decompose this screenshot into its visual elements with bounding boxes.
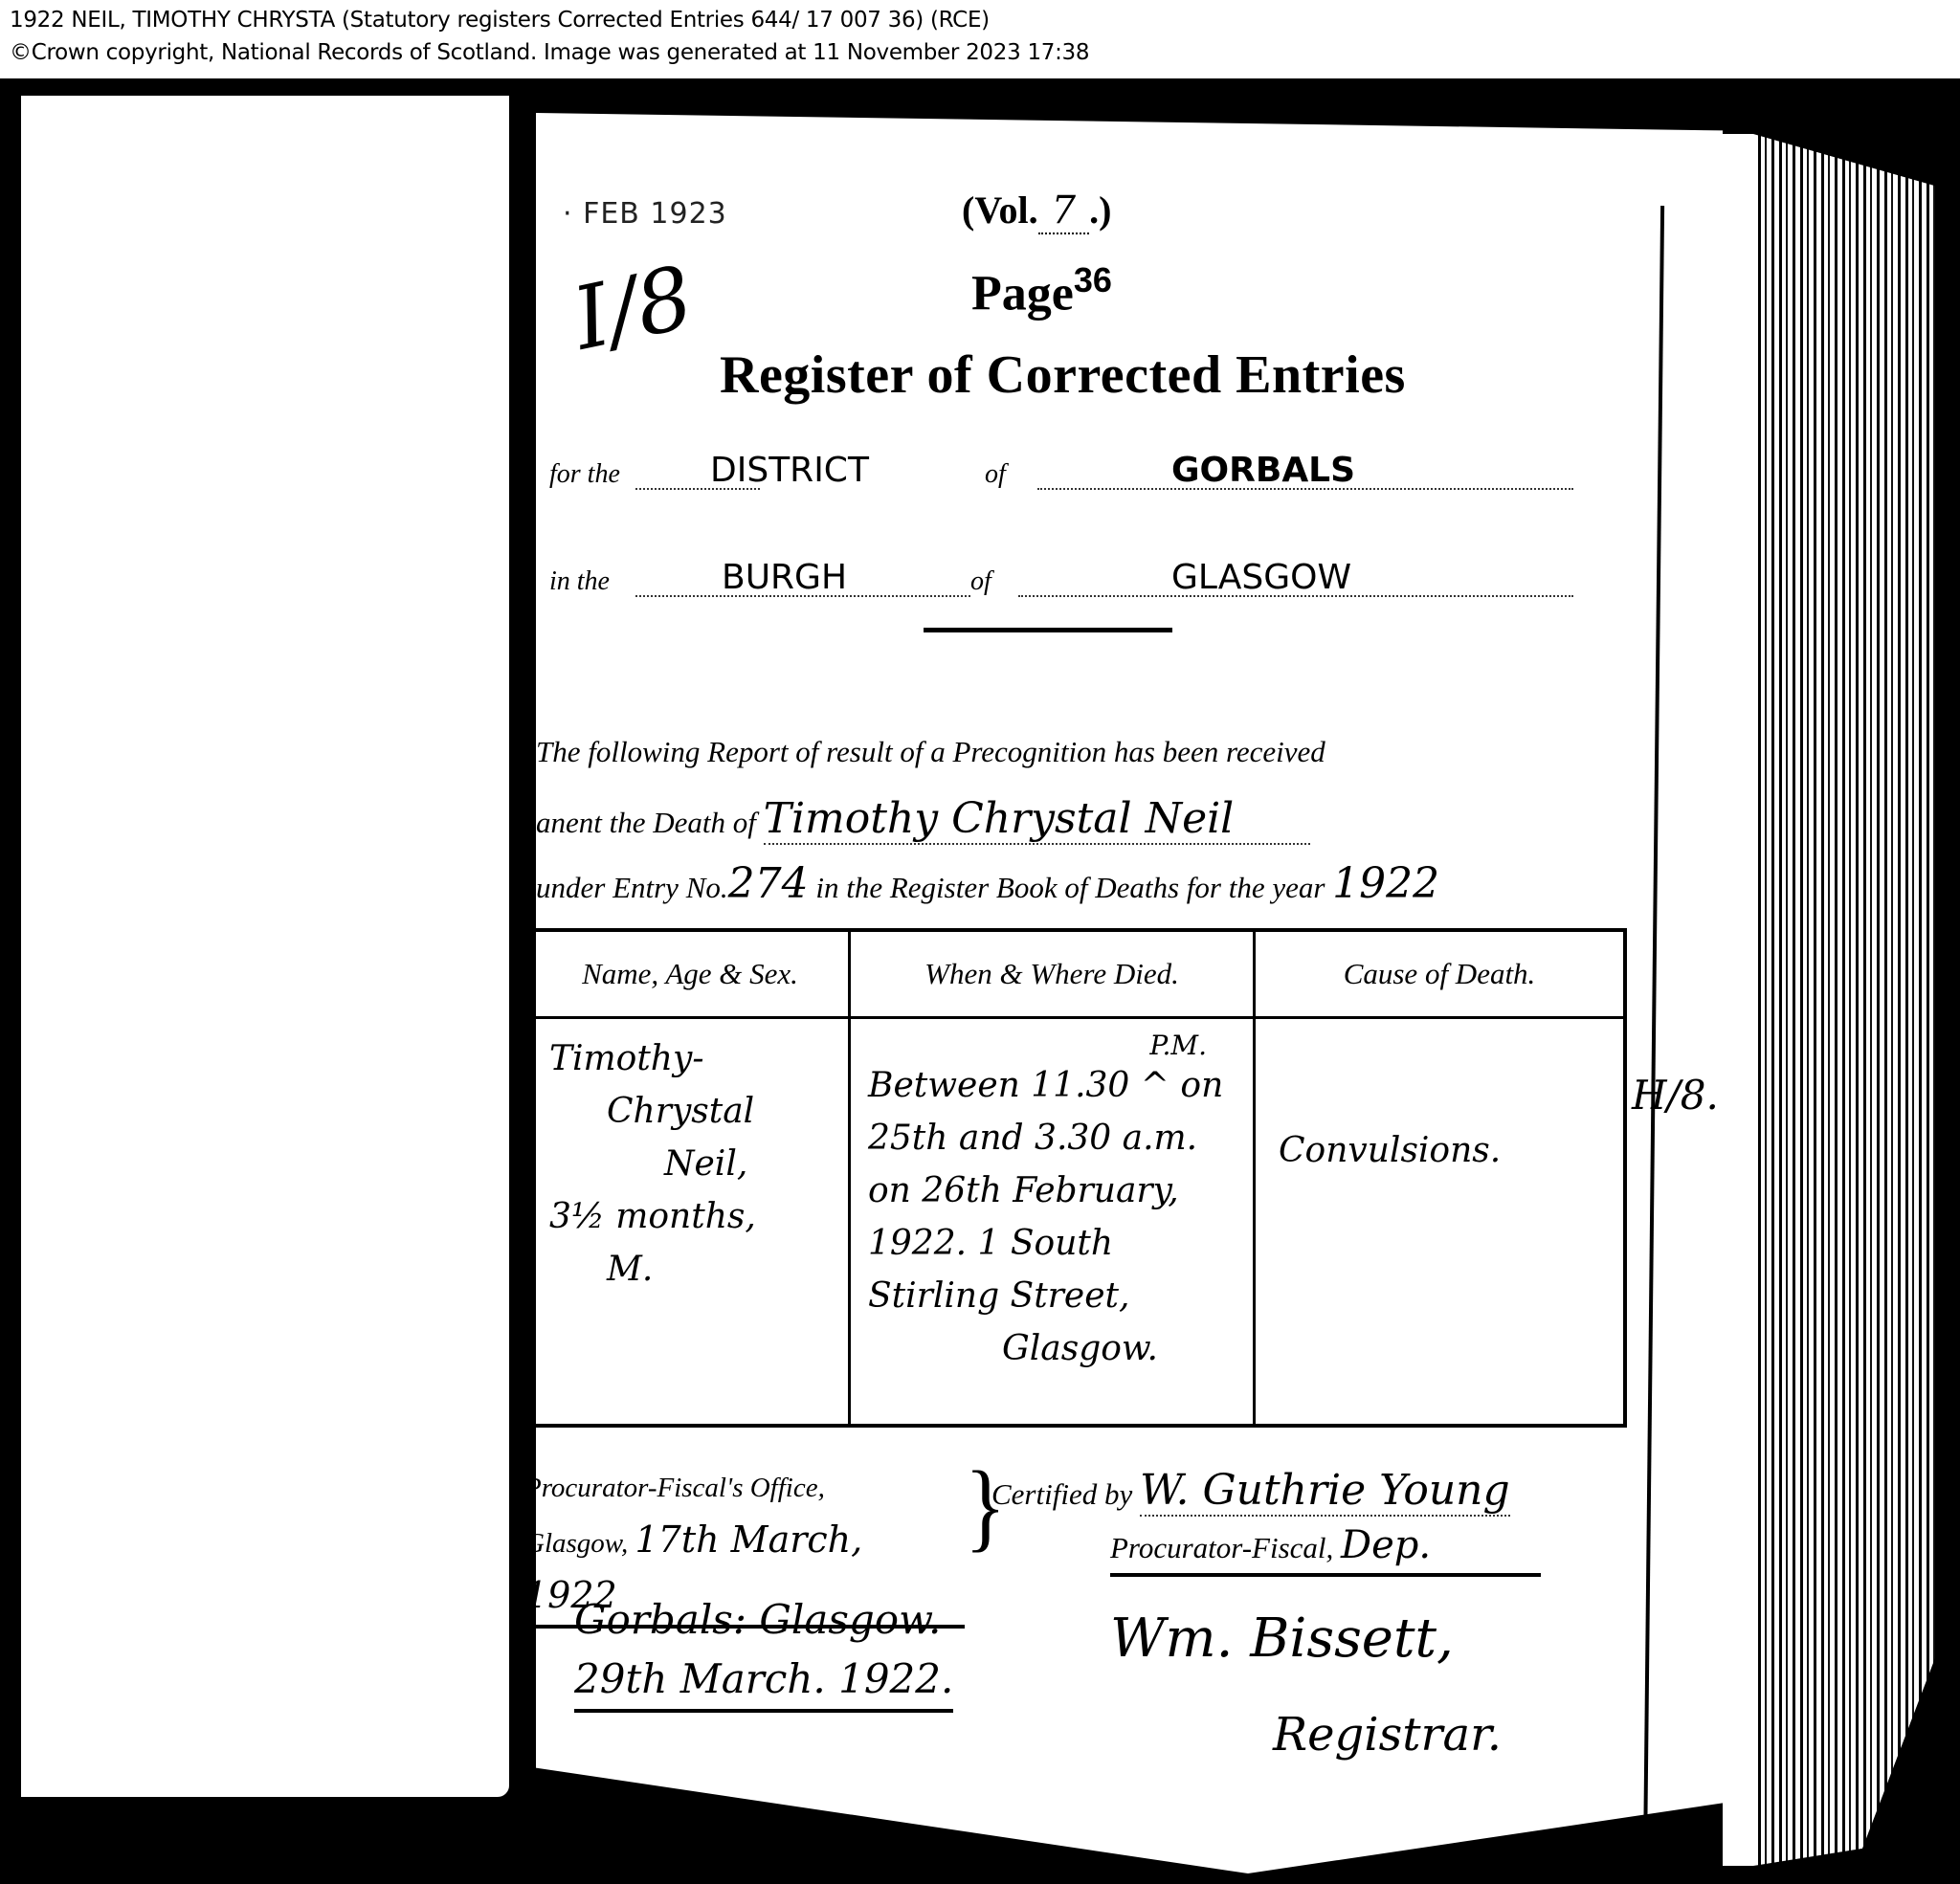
pf-signature: W. Guthrie Young (1140, 1466, 1510, 1517)
death-of-label: anent the Death of (536, 806, 756, 839)
column-header: When & Where Died. (851, 932, 1253, 1019)
certified-line: Certified by W. Guthrie Young (991, 1466, 1510, 1515)
column-header: Cause of Death. (1256, 932, 1623, 1019)
surname: Neil, (549, 1138, 831, 1190)
age: 3½ months, (549, 1190, 831, 1243)
vol-close: .) (1089, 188, 1111, 232)
left-blank-page (21, 96, 509, 1797)
district-name: GORBALS (1171, 451, 1355, 490)
certified-label: Certified by (991, 1477, 1132, 1511)
registrar-title: Registrar. (1273, 1708, 1502, 1762)
name-age-sex-cell: Timothy- Chrystal Neil, 3½ months, M. (532, 1019, 848, 1309)
death-details-table: Name, Age & Sex. Timothy- Chrystal Neil,… (532, 928, 1627, 1428)
in-the-label: in the (549, 566, 610, 597)
pf-title-text: Procurator-Fiscal, (1110, 1531, 1333, 1564)
report-line-2: anent the Death of Timothy Chrystal Neil (536, 794, 1310, 843)
registrar-signature: Wm. Bissett, (1110, 1607, 1454, 1670)
pf-title-suffix: Dep. (1341, 1523, 1431, 1567)
cause-of-death-cell: Convulsions. (1256, 1019, 1623, 1190)
sex: M. (549, 1243, 831, 1296)
entry-no-label: under Entry No. (536, 871, 728, 904)
column-when-where: When & Where Died. P.M. Between 11.30 ^ … (848, 932, 1253, 1424)
page-number: Page36 (971, 260, 1112, 321)
registration-place: Gorbals: Glasgow. (574, 1590, 953, 1650)
marginal-initials: H/8. (1632, 1072, 1719, 1119)
when-where-line: Stirling Street, (868, 1270, 1236, 1322)
forename: Timothy- (549, 1032, 831, 1085)
pf-place: Glasgow, (524, 1528, 628, 1559)
pm-insertion: P.M. (868, 1032, 1236, 1059)
divider-rule (924, 628, 1172, 632)
column-name-age-sex: Name, Age & Sex. Timothy- Chrystal Neil,… (532, 932, 848, 1424)
column-header: Name, Age & Sex. (532, 932, 848, 1019)
register-year: 1922 (1332, 859, 1439, 908)
when-where-line: 25th and 3.30 a.m. (868, 1112, 1236, 1164)
when-where-line: Glasgow. (868, 1322, 1236, 1375)
report-line-1: The following Report of result of a Prec… (536, 735, 1325, 769)
volume-label: (Vol.7.) (962, 188, 1111, 233)
of-label: of (970, 566, 991, 597)
page-margin (1723, 134, 1753, 1866)
when-where-line: 1922. 1 South (868, 1217, 1236, 1270)
middle-name: Chrystal (549, 1085, 831, 1138)
district-line: for the DISTRICT of GORBALS (549, 448, 1583, 496)
page-label: Page (971, 266, 1074, 321)
page-number-value: 36 (1074, 260, 1112, 299)
report-line-3: under Entry No.274 in the Register Book … (536, 859, 1439, 908)
register-book-label: in the Register Book of Deaths for the y… (815, 871, 1325, 904)
date-stamp: · FEB 1923 (563, 197, 727, 231)
vol-label-text: (Vol. (962, 188, 1038, 232)
pf-title: Procurator-Fiscal, Dep. (1110, 1523, 1541, 1577)
deceased-name: Timothy Chrystal Neil (764, 794, 1311, 845)
entry-number: 274 (728, 859, 809, 908)
column-cause: Cause of Death. Convulsions. (1253, 932, 1623, 1424)
for-the-label: for the (549, 459, 620, 490)
when-where-line: Between 11.30 ^ on (868, 1059, 1236, 1112)
record-title: 1922 NEIL, TIMOTHY CHRYSTA (Statutory re… (10, 8, 990, 33)
when-where-line: on 26th February, (868, 1164, 1236, 1217)
of-label: of (985, 459, 1006, 490)
book-page-edges (1753, 134, 1935, 1866)
registration-block: Gorbals: Glasgow. 29th March. 1922. (574, 1590, 953, 1713)
division-type: DISTRICT (710, 451, 869, 490)
register-title: Register of Corrected Entries (720, 344, 1406, 406)
pf-office-label: Procurator-Fiscal's Office, (524, 1462, 965, 1514)
area-type: BURGH (722, 558, 847, 597)
copyright-notice: ©Crown copyright, National Records of Sc… (10, 40, 1089, 65)
burgh-name: GLASGOW (1171, 558, 1351, 597)
registration-date: 29th March. 1922. (574, 1650, 953, 1713)
burgh-line: in the BURGH of GLASGOW (549, 555, 1583, 603)
vol-number: 7 (1038, 188, 1089, 234)
when-where-cell: P.M. Between 11.30 ^ on 25th and 3.30 a.… (851, 1019, 1253, 1388)
